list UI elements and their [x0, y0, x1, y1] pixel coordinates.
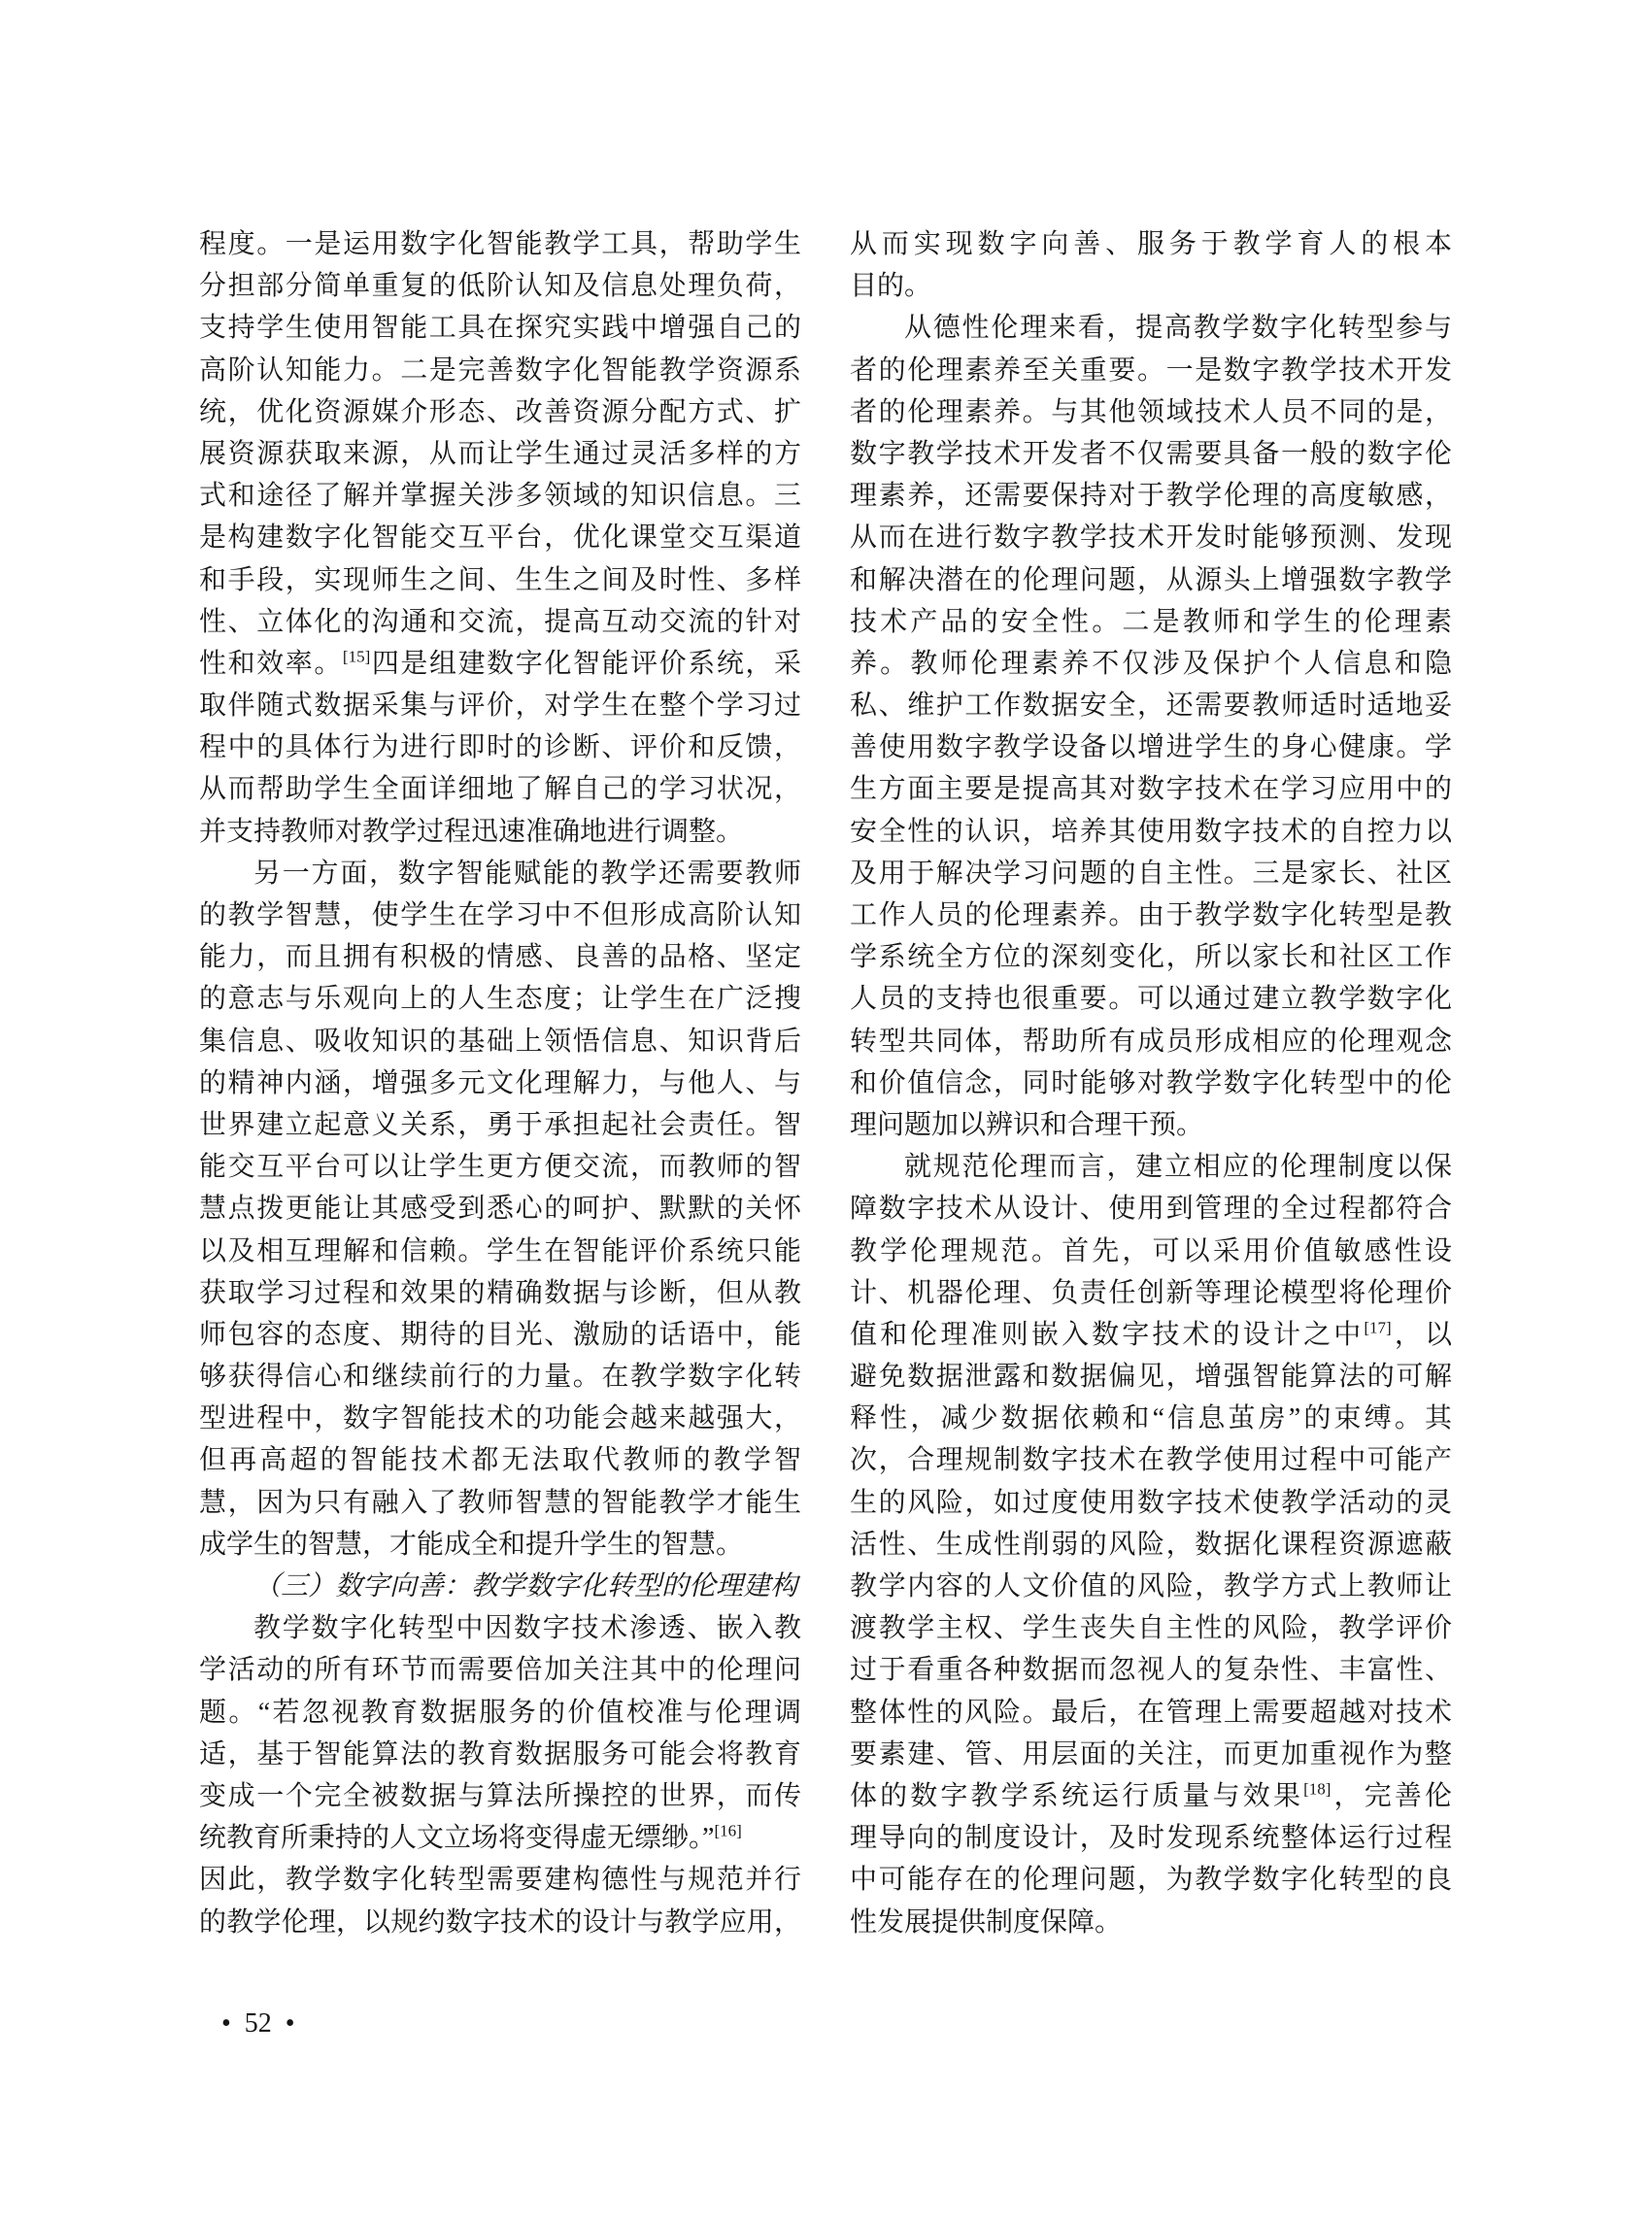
right-column: 从而实现数字向善、服务于教学育人的根本目的。从德性伦理来看，提高教学数字化转型参…	[850, 223, 1452, 1943]
text-line: 和解决潜在的伦理问题，从源头上增强数字教学	[850, 559, 1452, 601]
text-line: 慧，因为只有融入了教师智慧的智能教学才能生	[199, 1482, 801, 1524]
citation-ref: [18]	[1303, 1780, 1331, 1799]
text-line: 性发展提供制度保障。	[850, 1902, 1452, 1943]
text-line: 和价值信念，同时能够对教学数字化转型中的伦	[850, 1062, 1452, 1104]
text-line: 学活动的所有环节而需要倍加关注其中的伦理问	[199, 1649, 801, 1691]
text-line: 并支持教师对教学过程迅速准确地进行调整。	[199, 811, 801, 853]
text-line: 统教育所秉持的人文立场将变得虚无缥缈。”[16]	[199, 1817, 801, 1859]
text-line: 集信息、吸收知识的基础上领悟信息、知识背后	[199, 1021, 801, 1062]
text-line: 性、立体化的沟通和交流，提高互动交流的针对	[199, 601, 801, 643]
text-line: 生方面主要是提高其对数字技术在学习应用中的	[850, 768, 1452, 810]
text-line: 私、维护工作数据安全，还需要教师适时适地妥	[850, 685, 1452, 726]
text-line: 养。教师伦理素养不仅涉及保护个人信息和隐	[850, 643, 1452, 685]
text-line: 分担部分简单重复的低阶认知及信息处理负荷，	[199, 265, 801, 307]
text-line: 生的风险，如过度使用数字技术使教学活动的灵	[850, 1482, 1452, 1524]
text-line: 支持学生使用智能工具在探究实践中增强自己的	[199, 307, 801, 349]
article-body: 程度。一是运用数字化智能教学工具，帮助学生分担部分简单重复的低阶认知及信息处理负…	[199, 223, 1452, 1943]
text-line: 式和途径了解并掌握关涉多领域的知识信息。三	[199, 475, 801, 517]
text-line: 慧点拨更能让其感受到悉心的呵护、默默的关怀	[199, 1188, 801, 1230]
text-line: 渡教学主权、学生丧失自主性的风险，教学评价	[850, 1607, 1452, 1649]
text-line: 体的数字教学系统运行质量与效果[18]，完善伦	[850, 1775, 1452, 1817]
text-line: 变成一个完全被数据与算法所操控的世界，而传	[199, 1775, 801, 1817]
text-line: 理问题加以辨识和合理干预。	[850, 1104, 1452, 1146]
citation-ref: [16]	[714, 1822, 741, 1840]
text-line: 值和伦理准则嵌入数字技术的设计之中[17]，以	[850, 1314, 1452, 1356]
text-line: 整体性的风险。最后，在管理上需要超越对技术	[850, 1692, 1452, 1734]
citation-ref: [15]	[343, 648, 370, 666]
text-line: 能交互平台可以让学生更方便交流，而教师的智	[199, 1146, 801, 1188]
text-line: 从德性伦理来看，提高教学数字化转型参与	[850, 307, 1452, 349]
text-line: 过于看重各种数据而忽视人的复杂性、丰富性、	[850, 1649, 1452, 1691]
text-line: 就规范伦理而言，建立相应的伦理制度以保	[850, 1146, 1452, 1188]
text-line: 避免数据泄露和数据偏见，增强智能算法的可解	[850, 1356, 1452, 1398]
text-line: 展资源获取来源，从而让学生通过灵活多样的方	[199, 433, 801, 475]
text-line: 转型共同体，帮助所有成员形成相应的伦理观念	[850, 1021, 1452, 1062]
text-line: 教学数字化转型中因数字技术渗透、嵌入教	[199, 1607, 801, 1649]
text-line: 的精神内涵，增强多元文化理解力，与他人、与	[199, 1062, 801, 1104]
text-line: 的教学伦理，以规约数字技术的设计与教学应用，	[199, 1902, 801, 1943]
text-line: 的意志与乐观向上的人生态度；让学生在广泛搜	[199, 978, 801, 1020]
text-line: 目的。	[850, 265, 1452, 307]
text-line: 从而帮助学生全面详细地了解自己的学习状况，	[199, 768, 801, 810]
page-number: • 52 •	[221, 2008, 295, 2040]
text-line: 因此，教学数字化转型需要建构德性与规范并行	[199, 1859, 801, 1901]
text-line: 次，合理规制数字技术在教学使用过程中可能产	[850, 1439, 1452, 1481]
text-line: 释性，减少数据依赖和“信息茧房”的束缚。其	[850, 1398, 1452, 1439]
citation-ref: [17]	[1364, 1319, 1391, 1337]
text-line: 师包容的态度、期待的目光、激励的话语中，能	[199, 1314, 801, 1356]
text-line: 和手段，实现师生之间、生生之间及时性、多样	[199, 559, 801, 601]
text-line: 高阶认知能力。二是完善数字化智能教学资源系	[199, 350, 801, 391]
text-line: 人员的支持也很重要。可以通过建立教学数字化	[850, 978, 1452, 1020]
text-line: 者的伦理素养。与其他领域技术人员不同的是，	[850, 391, 1452, 433]
text-line: 障数字技术从设计、使用到管理的全过程都符合	[850, 1188, 1452, 1230]
text-line: 性和效率。[15]四是组建数字化智能评价系统，采	[199, 643, 801, 685]
text-line: 获取学习过程和效果的精确数据与诊断，但从教	[199, 1272, 801, 1314]
text-line: 程中的具体行为进行即时的诊断、评价和反馈，	[199, 726, 801, 768]
text-line: 但再高超的智能技术都无法取代教师的教学智	[199, 1439, 801, 1481]
text-line: 教学伦理规范。首先，可以采用价值敏感性设	[850, 1230, 1452, 1272]
text-line: 理素养，还需要保持对于教学伦理的高度敏感，	[850, 475, 1452, 517]
document-page: 程度。一是运用数字化智能教学工具，帮助学生分担部分简单重复的低阶认知及信息处理负…	[0, 0, 1652, 2225]
text-line: 工作人员的伦理素养。由于教学数字化转型是教	[850, 894, 1452, 936]
text-line: 教学内容的人文价值的风险，教学方式上教师让	[850, 1566, 1452, 1607]
text-line: 题。“若忽视教育数据服务的价值校准与伦理调	[199, 1692, 801, 1734]
text-line: 要素建、管、用层面的关注，而更加重视作为整	[850, 1734, 1452, 1775]
text-line: 世界建立起意义关系，勇于承担起社会责任。智	[199, 1104, 801, 1146]
text-line: 者的伦理素养至关重要。一是数字教学技术开发	[850, 350, 1452, 391]
text-line: 中可能存在的伦理问题，为教学数字化转型的良	[850, 1859, 1452, 1901]
section-heading-line: （三）数字向善：教学数字化转型的伦理建构	[199, 1566, 801, 1607]
left-column: 程度。一是运用数字化智能教学工具，帮助学生分担部分简单重复的低阶认知及信息处理负…	[199, 223, 801, 1943]
text-line: 从而在进行数字教学技术开发时能够预测、发现	[850, 517, 1452, 558]
text-line: 学系统全方位的深刻变化，所以家长和社区工作	[850, 936, 1452, 978]
text-line: 是构建数字化智能交互平台，优化课堂交互渠道	[199, 517, 801, 558]
text-line: 的教学智慧，使学生在学习中不但形成高阶认知	[199, 894, 801, 936]
text-line: 成学生的智慧，才能成全和提升学生的智慧。	[199, 1524, 801, 1566]
text-line: 统，优化资源媒介形态、改善资源分配方式、扩	[199, 391, 801, 433]
text-line: 从而实现数字向善、服务于教学育人的根本	[850, 223, 1452, 265]
text-line: 计、机器伦理、负责任创新等理论模型将伦理价	[850, 1272, 1452, 1314]
text-line: 另一方面，数字智能赋能的教学还需要教师	[199, 853, 801, 894]
text-line: 数字教学技术开发者不仅需要具备一般的数字伦	[850, 433, 1452, 475]
text-line: 程度。一是运用数字化智能教学工具，帮助学生	[199, 223, 801, 265]
text-line: 善使用数字教学设备以增进学生的身心健康。学	[850, 726, 1452, 768]
text-line: 理导向的制度设计，及时发现系统整体运行过程	[850, 1817, 1452, 1859]
text-line: 及用于解决学习问题的自主性。三是家长、社区	[850, 853, 1452, 894]
text-line: 够获得信心和继续前行的力量。在教学数字化转	[199, 1356, 801, 1398]
text-line: 技术产品的安全性。二是教师和学生的伦理素	[850, 601, 1452, 643]
text-line: 活性、生成性削弱的风险，数据化课程资源遮蔽	[850, 1524, 1452, 1566]
text-line: 能力，而且拥有积极的情感、良善的品格、坚定	[199, 936, 801, 978]
text-line: 安全性的认识，培养其使用数字技术的自控力以	[850, 811, 1452, 853]
text-line: 以及相互理解和信赖。学生在智能评价系统只能	[199, 1230, 801, 1272]
text-line: 型进程中，数字智能技术的功能会越来越强大，	[199, 1398, 801, 1439]
text-line: 适，基于智能算法的教育数据服务可能会将教育	[199, 1734, 801, 1775]
text-line: 取伴随式数据采集与评价，对学生在整个学习过	[199, 685, 801, 726]
